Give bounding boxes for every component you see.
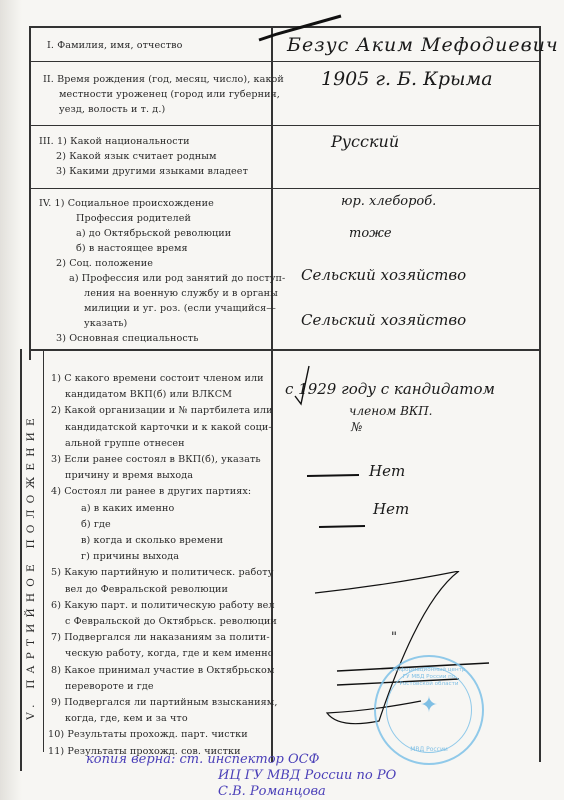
section-4-answer-now: тоже — [349, 226, 392, 241]
section-4-answer-origin: юр. хлебороб. — [341, 194, 436, 209]
row-divider-2 — [29, 125, 540, 126]
pen-stroke-icon — [257, 12, 347, 48]
scan-edge-shadow — [0, 0, 22, 800]
form-right-border — [539, 26, 541, 762]
row-divider-1 — [29, 61, 540, 62]
stamp-ring-text: Информационный центр ГУ МВД России по Ро… — [376, 667, 482, 688]
form-left-border — [29, 26, 31, 360]
section-3-label: III. 1) Какой национальности 2) Какой яз… — [39, 134, 248, 179]
party-section-questions: 1) С какого времени состоит членом или к… — [51, 371, 278, 760]
section-4-label: IV. 1) Социальное происхождение Професси… — [39, 196, 285, 346]
section-2-label: II. Время рождения (год, месяц, число), … — [43, 72, 284, 117]
row-divider-4 — [29, 349, 540, 351]
stamp-bottom-text: МВД России — [376, 746, 482, 753]
party-section-title: V. ПАРТИЙНОЕ ПОЛОЖЕНИЕ — [21, 356, 41, 776]
certification-line-3: С.В. Романцова — [218, 784, 326, 799]
certification-line-1: копия верна: ст. инспектор ОСФ — [86, 752, 319, 767]
section-4-answer-social: Сельский хозяйство — [301, 266, 466, 284]
party-title-divider — [43, 349, 44, 752]
section-4-answer-specialty: Сельский хозяйство — [301, 311, 466, 329]
eagle-emblem-icon: ✦ — [376, 695, 482, 717]
certification-line-2: ИЦ ГУ МВД России по РО — [218, 768, 396, 783]
section-3-answer-nationality: Русский — [331, 132, 399, 151]
official-stamp: Информационный центр ГУ МВД России по Ро… — [374, 655, 484, 765]
section-2-answer-birth: 1905 г. Б. Крыма — [321, 68, 493, 90]
section-1-label: I. Фамилия, имя, отчество — [47, 38, 183, 53]
row-divider-3 — [29, 188, 540, 189]
personnel-form: I. Фамилия, имя, отчество Безус Аким Меф… — [29, 26, 541, 778]
